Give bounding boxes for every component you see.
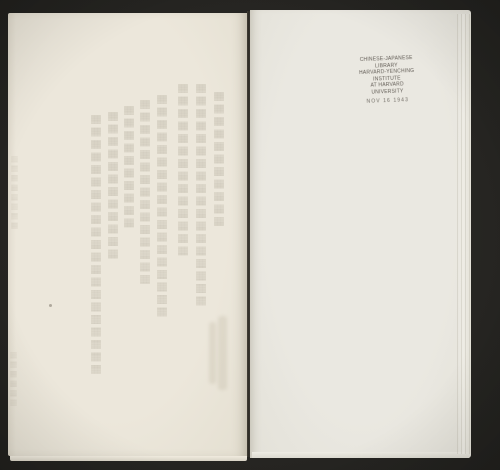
right-page-fore-edge	[457, 14, 471, 454]
showthrough-column	[214, 92, 224, 226]
showthrough-smudge	[209, 322, 216, 384]
showthrough-smudge	[218, 316, 227, 390]
showthrough-column	[196, 84, 206, 306]
stamp-line-3: AT HARVARD UNIVERSITY	[357, 81, 417, 96]
showthrough-column	[124, 106, 134, 228]
book-gutter	[247, 11, 250, 457]
showthrough-column	[91, 115, 101, 374]
showthrough-column	[157, 95, 167, 317]
paper-speck	[49, 304, 52, 307]
left-page	[8, 13, 247, 456]
right-page-bottom-edge	[252, 452, 469, 458]
showthrough-column	[108, 112, 118, 259]
library-stamp: CHINESE-JAPANESE LIBRARY HARVARD-YENCHIN…	[356, 55, 418, 105]
book-scan: CHINESE-JAPANESE LIBRARY HARVARD-YENCHIN…	[0, 0, 500, 470]
showthrough-column	[178, 84, 188, 256]
left-page-bottom-edge	[10, 456, 247, 461]
page-edge-label	[10, 352, 17, 406]
page-edge-label	[11, 156, 18, 229]
showthrough-column	[140, 100, 150, 284]
